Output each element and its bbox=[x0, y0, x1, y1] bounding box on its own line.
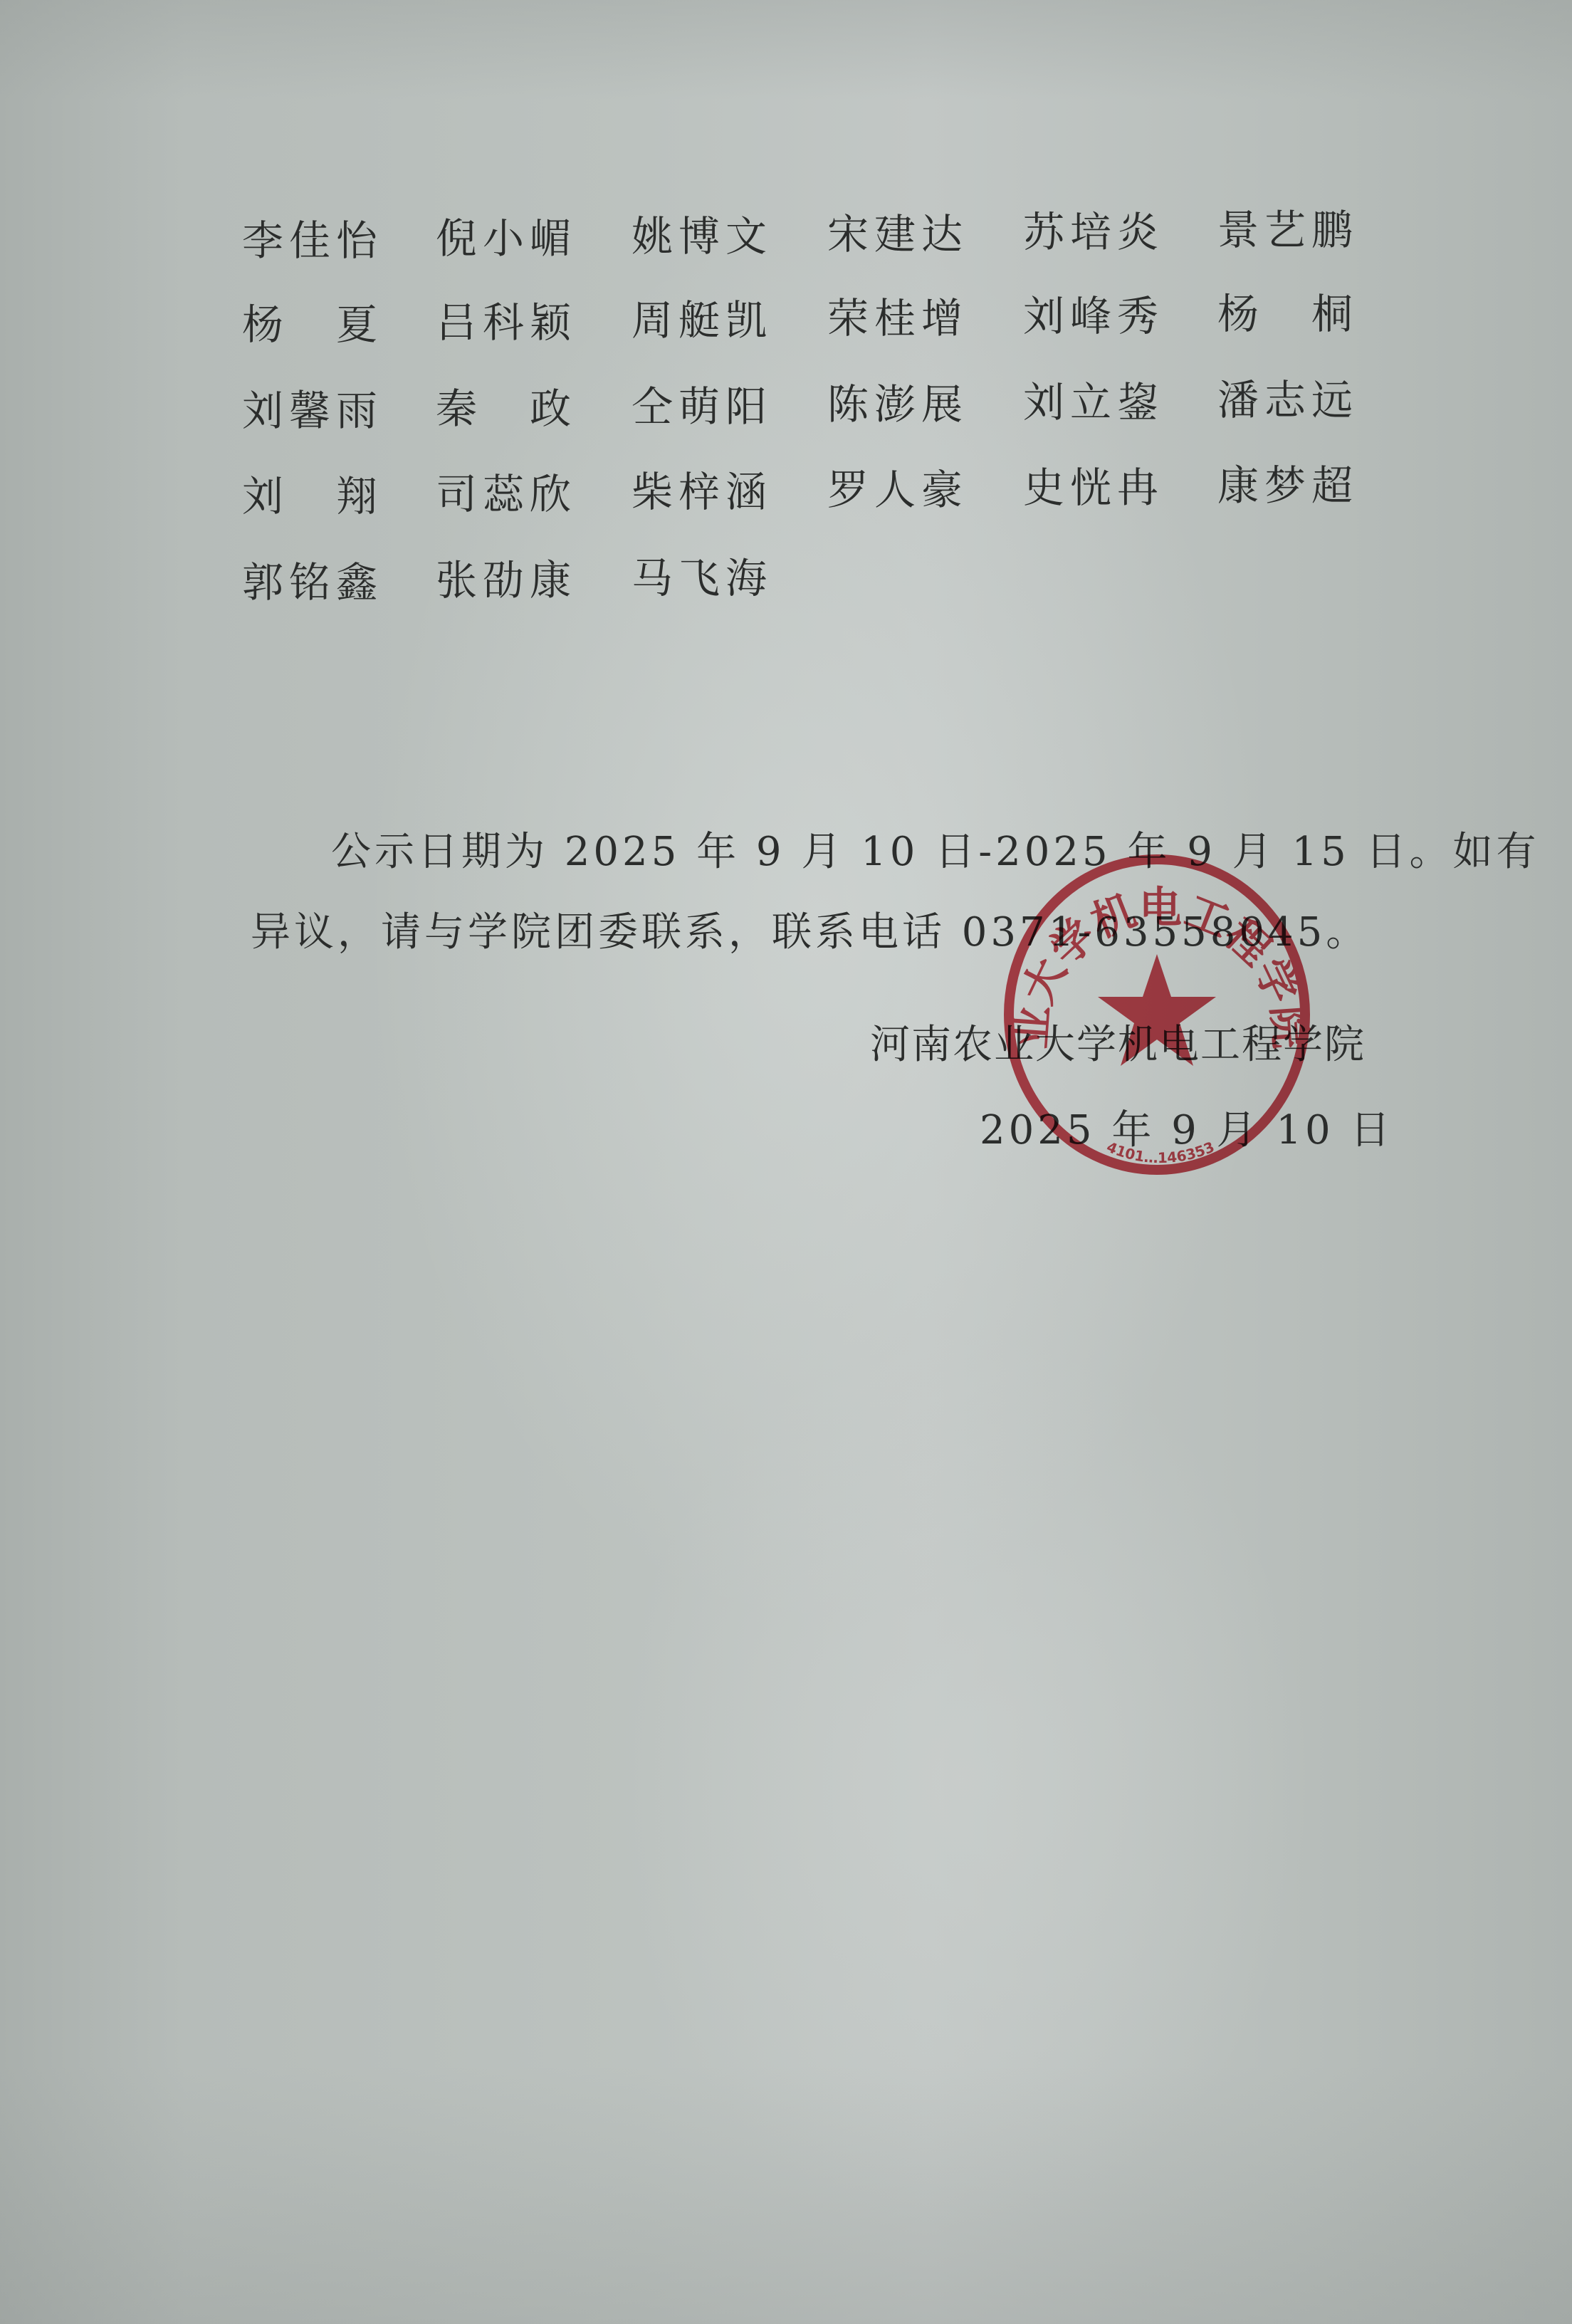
name-entry: 刘翔 bbox=[242, 473, 377, 519]
name-entry: 杨夏 bbox=[242, 302, 377, 347]
notice-line-1: 公示日期为 2025 年 9 月 10 日-2025 年 9 月 15 日。如有 bbox=[331, 829, 1540, 875]
name-entry: 景艺鹏 bbox=[1217, 207, 1353, 253]
name-entry: 陈澎展 bbox=[827, 382, 963, 427]
name-entry: 司蕊欣 bbox=[436, 471, 571, 517]
name-entry: 苏培炎 bbox=[1023, 209, 1158, 255]
name-entry: 刘峰秀 bbox=[1023, 293, 1158, 339]
name-entry: 刘馨雨 bbox=[242, 388, 377, 434]
name-entry: 潘志远 bbox=[1217, 377, 1353, 423]
name-entry: 荣桂增 bbox=[827, 295, 963, 341]
name-entry: 康梦超 bbox=[1217, 463, 1353, 508]
name-entry: 姚博文 bbox=[632, 214, 767, 259]
name-entry: 刘立鋆 bbox=[1023, 380, 1158, 425]
official-seal-stamp: 河南农业大学机电工程学院委员会 4101…146353 bbox=[1000, 851, 1321, 1178]
name-entry: 吕科颖 bbox=[436, 300, 571, 345]
star-icon bbox=[1098, 954, 1216, 1066]
name-entry: 秦政 bbox=[436, 386, 571, 431]
name-entry: 李佳怡 bbox=[242, 218, 377, 263]
name-entry: 宋建达 bbox=[827, 211, 963, 257]
name-entry: 郭铭鑫 bbox=[242, 560, 377, 605]
paper-background bbox=[0, 0, 1572, 2324]
name-entry: 柴梓涵 bbox=[632, 469, 767, 515]
name-entry: 马飞海 bbox=[632, 555, 767, 601]
name-entry: 罗人豪 bbox=[827, 467, 963, 513]
name-entry: 仝萌阳 bbox=[632, 384, 767, 429]
name-entry: 张劭康 bbox=[436, 558, 571, 603]
name-entry: 史恍冉 bbox=[1023, 465, 1158, 511]
name-entry: 倪小嵋 bbox=[436, 216, 571, 261]
name-entry: 杨桐 bbox=[1217, 291, 1353, 337]
name-entry: 周艇凯 bbox=[632, 298, 767, 343]
